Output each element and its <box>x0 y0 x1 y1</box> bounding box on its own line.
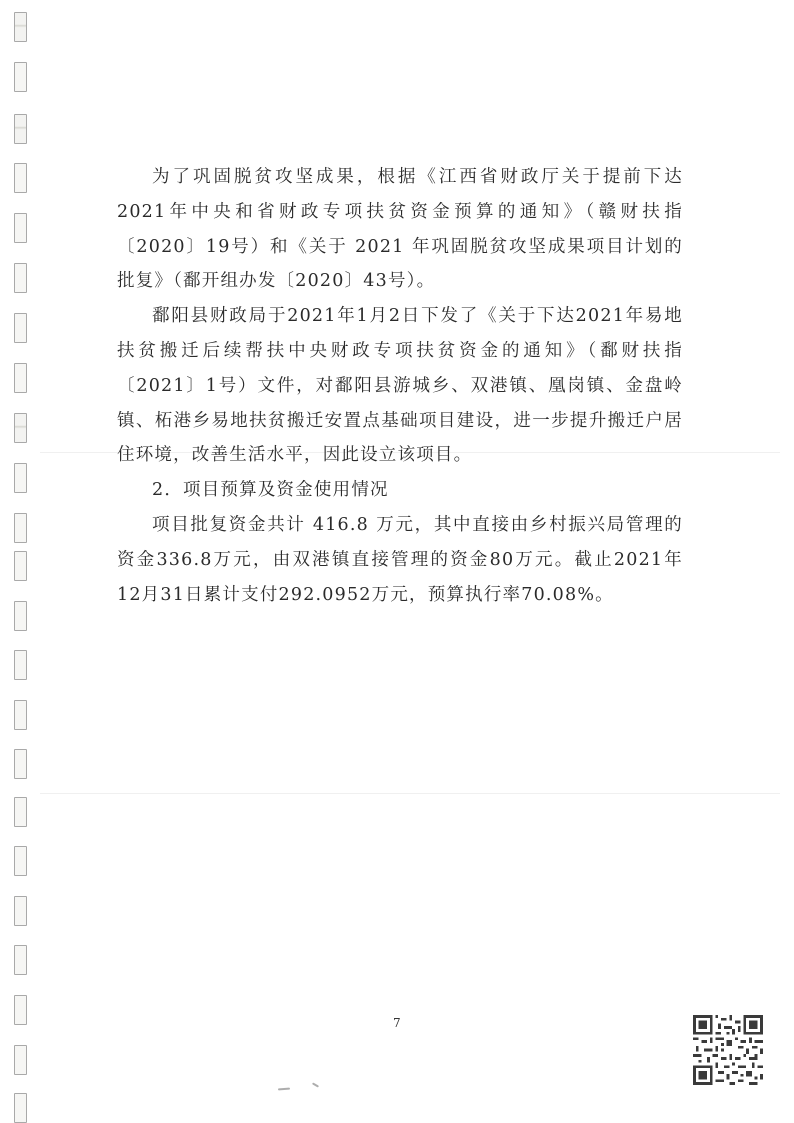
binding-hole-icon <box>14 601 27 631</box>
binding-hole-icon <box>14 413 27 443</box>
scan-smudge <box>278 1088 290 1091</box>
binding-hole-icon <box>14 995 27 1025</box>
binding-hole-icon <box>14 797 27 827</box>
binding-hole-icon <box>14 896 27 926</box>
binding-hole-icon <box>14 114 27 144</box>
scan-smudge <box>312 1082 319 1087</box>
binding-margin <box>14 0 28 1123</box>
document-body: 为了巩固脱贫攻坚成果，根据《江西省财政厅关于提前下达2021年中央和省财政专项扶… <box>117 160 683 612</box>
binding-hole-icon <box>14 163 27 193</box>
binding-hole-icon <box>14 263 27 293</box>
binding-hole-icon <box>14 1093 27 1123</box>
binding-hole-icon <box>14 551 27 581</box>
binding-hole-icon <box>14 846 27 876</box>
scan-artifact <box>40 793 780 794</box>
binding-hole-icon <box>14 363 27 393</box>
qr-code-icon <box>693 1015 763 1085</box>
section-heading: 2．项目预算及资金使用情况 <box>117 473 683 508</box>
binding-hole-icon <box>14 463 27 493</box>
binding-hole-icon <box>14 650 27 680</box>
paragraph-budget: 项目批复资金共计 416.8 万元，其中直接由乡村振兴局管理的资金336.8万元… <box>117 508 683 612</box>
binding-hole-icon <box>14 513 27 543</box>
paragraph-county-notice: 鄱阳县财政局于2021年1月2日下发了《关于下达2021年易地扶贫搬迁后续帮扶中… <box>117 299 683 473</box>
binding-hole-icon <box>14 945 27 975</box>
binding-hole-icon <box>14 313 27 343</box>
binding-hole-icon <box>14 213 27 243</box>
binding-hole-icon <box>14 749 27 779</box>
binding-hole-icon <box>14 1045 27 1075</box>
binding-hole-icon <box>14 62 27 92</box>
paragraph-intro: 为了巩固脱贫攻坚成果，根据《江西省财政厅关于提前下达2021年中央和省财政专项扶… <box>117 160 683 299</box>
page-number: 7 <box>393 1016 401 1030</box>
binding-hole-icon <box>14 12 27 42</box>
binding-hole-icon <box>14 700 27 730</box>
